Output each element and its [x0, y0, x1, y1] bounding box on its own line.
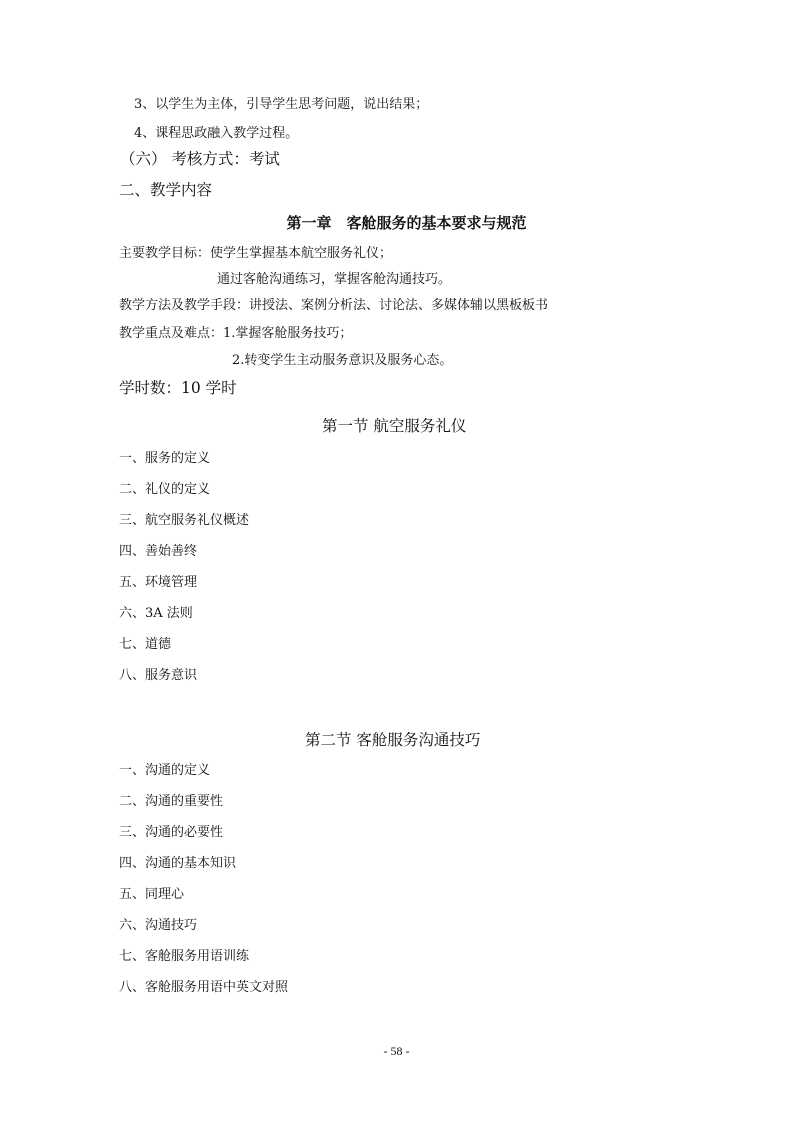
objectives-line2: 通过客舱沟通练习，掌握客舱沟通技巧。: [217, 273, 451, 286]
page-number: - 58 -: [0, 1044, 793, 1059]
section2-item: 七、客舱服务用语训练: [119, 950, 249, 963]
section1-item: 五、环境管理: [119, 576, 197, 589]
section2-item: 二、沟通的重要性: [119, 795, 223, 808]
section1-item: 一、服务的定义: [119, 452, 210, 465]
section1-item: 二、礼仪的定义: [119, 483, 210, 496]
section2-item: 四、沟通的基本知识: [119, 857, 236, 870]
section-heading: 二、教学内容: [119, 183, 212, 199]
section1-item: 三、航空服务礼仪概述: [119, 514, 249, 527]
section1-item: 八、服务意识: [119, 669, 197, 682]
section1-title: 第一节 航空服务礼仪: [322, 419, 466, 435]
section2-item: 五、同理心: [119, 888, 184, 901]
section2-title: 第二节 客舱服务沟通技巧: [305, 733, 480, 749]
section2-item: 一、沟通的定义: [119, 764, 210, 777]
section2-item: 六、沟通技巧: [119, 919, 197, 932]
section2-item: 三、沟通的必要性: [119, 826, 223, 839]
section1-item: 四、善始善终: [119, 545, 197, 558]
key-points-line2: 2.转变学生主动服务意识及服务心态。: [232, 354, 452, 367]
class-hours: 学时数：10 学时: [119, 381, 237, 397]
objectives: 主要教学目标：使学生掌握基本航空服务礼仪；: [119, 247, 392, 260]
method-item-3: 3、以学生为主体，引导学生思考问题，说出结果；: [134, 98, 428, 111]
section1-item: 七、道德: [119, 638, 171, 651]
chapter-title: 第一章 客舱服务的基本要求与规范: [0, 216, 793, 231]
assessment-method: （六） 考核方式：考试: [120, 152, 280, 168]
key-points: 教学重点及难点：1.掌握客舱服务技巧；: [119, 327, 352, 340]
section1-item: 六、3A 法则: [119, 607, 193, 620]
method-item-4: 4、课程思政融入教学过程。: [134, 127, 298, 140]
teaching-methods: 教学方法及教学手段：讲授法、案例分析法、讨论法、多媒体辅以黑板板书: [119, 299, 548, 312]
section2-item: 八、客舱服务用语中英文对照: [119, 981, 288, 994]
